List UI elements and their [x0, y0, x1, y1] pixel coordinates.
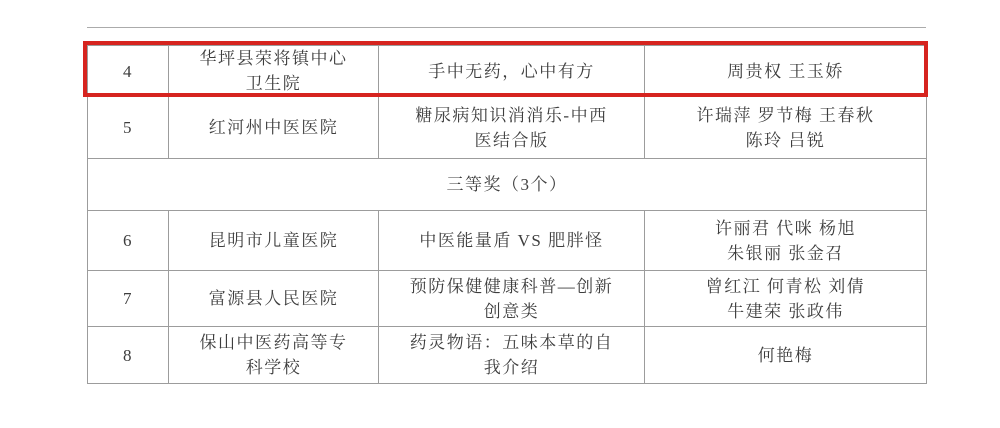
work-title-cell: 糖尿病知识消消乐-中西 医结合版: [379, 97, 645, 159]
authors-line: 何艳梅: [645, 343, 926, 368]
work-title-cell: 手中无药，心中有方: [379, 46, 645, 97]
work-title-line: 糖尿病知识消消乐-中西: [379, 103, 644, 128]
work-title-line: 中医能量盾 VS 肥胖怪: [379, 228, 644, 253]
table-row-8: 8 保山中医药高等专 科学校 药灵物语：五味本草的自 我介绍 何艳梅: [88, 327, 927, 384]
table-row-5: 5 红河州中医医院 糖尿病知识消消乐-中西 医结合版 许瑞萍 罗节梅 王春秋 陈…: [88, 97, 927, 159]
entry-number: 8: [88, 343, 168, 368]
authors-line: 许丽君 代咪 杨旭: [645, 216, 926, 241]
institution-line: 富源县人民医院: [169, 286, 378, 311]
authors-line: 朱银丽 张金召: [645, 241, 926, 266]
section-header-row: 三等奖（3个）: [88, 159, 927, 211]
authors-cell: 许丽君 代咪 杨旭 朱银丽 张金召: [645, 211, 927, 271]
award-table: 4 华坪县荣将镇中心 卫生院 手中无药，心中有方 周贵权 王玉娇 5 红河州中医…: [87, 45, 927, 384]
work-title-cell: 预防保健健康科普—创新 创意类: [379, 271, 645, 327]
table-top-border-remnant: [87, 27, 926, 28]
institution-cell: 红河州中医医院: [169, 97, 379, 159]
institution-line: 科学校: [169, 355, 378, 380]
work-title-line: 医结合版: [379, 128, 644, 153]
authors-line: 许瑞萍 罗节梅 王春秋: [645, 103, 926, 128]
entry-number: 6: [88, 228, 168, 253]
institution-line: 昆明市儿童医院: [169, 228, 378, 253]
institution-line: 红河州中医医院: [169, 115, 378, 140]
entry-number-cell: 6: [88, 211, 169, 271]
entry-number-cell: 5: [88, 97, 169, 159]
institution-cell: 昆明市儿童医院: [169, 211, 379, 271]
authors-cell: 何艳梅: [645, 327, 927, 384]
entry-number-cell: 8: [88, 327, 169, 384]
institution-cell: 保山中医药高等专 科学校: [169, 327, 379, 384]
work-title-line: 药灵物语：五味本草的自: [379, 330, 644, 355]
authors-cell: 许瑞萍 罗节梅 王春秋 陈玲 吕锐: [645, 97, 927, 159]
institution-cell: 富源县人民医院: [169, 271, 379, 327]
authors-line: 曾红江 何青松 刘倩: [645, 274, 926, 299]
institution-line: 保山中医药高等专: [169, 330, 378, 355]
entry-number-cell: 4: [88, 46, 169, 97]
authors-line: 陈玲 吕锐: [645, 128, 926, 153]
authors-cell: 周贵权 王玉娇: [645, 46, 927, 97]
entry-number: 4: [88, 59, 168, 84]
table-row-4: 4 华坪县荣将镇中心 卫生院 手中无药，心中有方 周贵权 王玉娇: [88, 46, 927, 97]
work-title-cell: 药灵物语：五味本草的自 我介绍: [379, 327, 645, 384]
entry-number: 7: [88, 286, 168, 311]
work-title-line: 手中无药，心中有方: [379, 59, 644, 84]
work-title-line: 预防保健健康科普—创新: [379, 274, 644, 299]
work-title-line: 我介绍: [379, 355, 644, 380]
table-row-6: 6 昆明市儿童医院 中医能量盾 VS 肥胖怪 许丽君 代咪 杨旭 朱银丽 张金召: [88, 211, 927, 271]
document-page: 4 华坪县荣将镇中心 卫生院 手中无药，心中有方 周贵权 王玉娇 5 红河州中医…: [0, 0, 1000, 428]
institution-cell: 华坪县荣将镇中心 卫生院: [169, 46, 379, 97]
institution-line: 华坪县荣将镇中心: [169, 46, 378, 71]
work-title-cell: 中医能量盾 VS 肥胖怪: [379, 211, 645, 271]
entry-number-cell: 7: [88, 271, 169, 327]
section-header-label: 三等奖（3个）: [88, 172, 926, 197]
work-title-line: 创意类: [379, 299, 644, 324]
entry-number: 5: [88, 115, 168, 140]
institution-line: 卫生院: [169, 71, 378, 96]
authors-line: 牛建荣 张政伟: [645, 299, 926, 324]
table-row-7: 7 富源县人民医院 预防保健健康科普—创新 创意类 曾红江 何青松 刘倩 牛建荣…: [88, 271, 927, 327]
authors-cell: 曾红江 何青松 刘倩 牛建荣 张政伟: [645, 271, 927, 327]
section-header-cell: 三等奖（3个）: [88, 159, 927, 211]
authors-line: 周贵权 王玉娇: [645, 59, 926, 84]
